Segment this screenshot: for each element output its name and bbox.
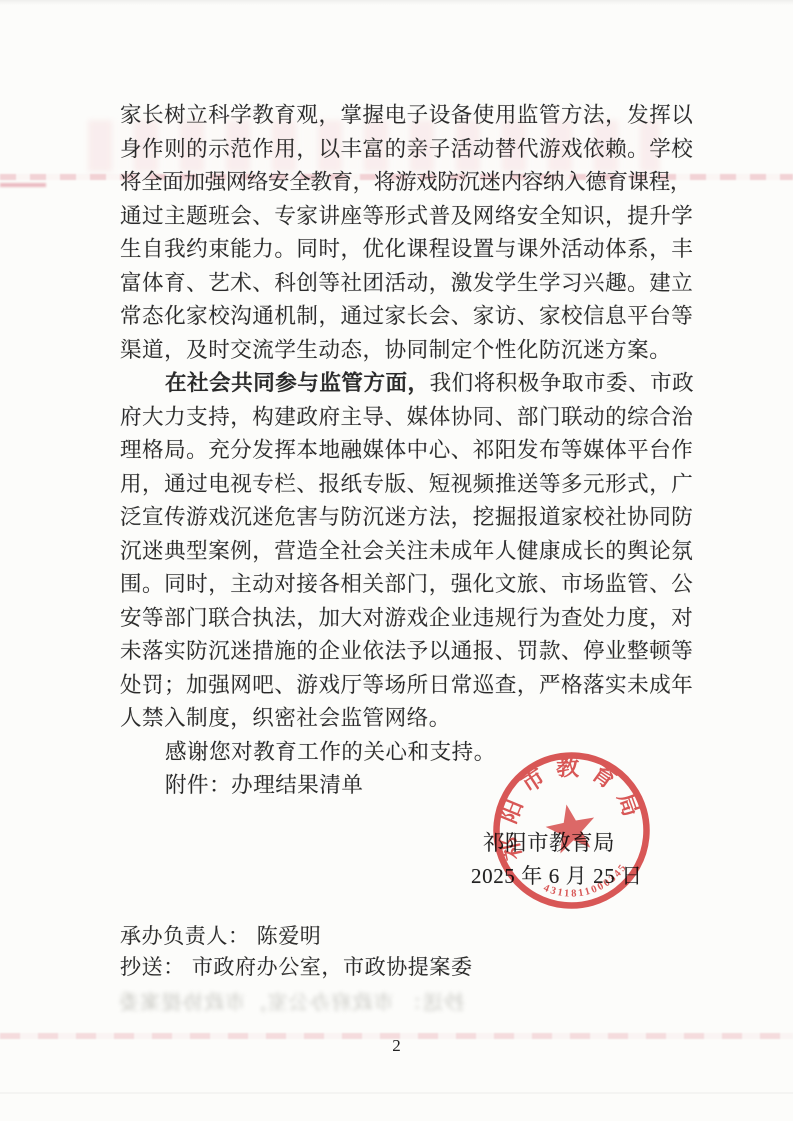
ghost-cc-value: 市政府办公室，市政协提案委 bbox=[118, 992, 394, 1014]
line-text: 处罚；加强网吧、游戏厅等场所日常巡查，严格落实未成年 bbox=[120, 673, 693, 697]
line-text: 沉迷典型案例，营造全社会关注未成年人健康成长的舆论氛 bbox=[120, 539, 693, 563]
pink-artifact-dash-left bbox=[0, 183, 46, 187]
handler-line: 承办负责人：陈爱明 bbox=[120, 921, 473, 952]
scanned-document-page: 家长树立科学教育观，掌握电子设备使用监管方法，发挥以 身作则的示范作用，以丰富的… bbox=[0, 0, 793, 1121]
line-text: 人禁入制度，织密社会监管网络。 bbox=[120, 706, 451, 730]
bold-lead-text: 在社会共同参与监管方面， bbox=[165, 371, 430, 395]
line-text: 家长树立科学教育观，掌握电子设备使用监管方法，发挥以 bbox=[120, 103, 693, 127]
line-text: 富体育、艺术、科创等社团活动，激发学生学习兴趣。建立 bbox=[120, 271, 693, 295]
scan-edge-shadow bbox=[0, 0, 793, 5]
body-text: 家长树立科学教育观，掌握电子设备使用监管方法，发挥以 身作则的示范作用，以丰富的… bbox=[120, 99, 705, 803]
line-text: 理格局。充分发挥本地融媒体中心、祁阳发布等媒体平台作 bbox=[120, 438, 693, 462]
cc-label: 抄送： bbox=[120, 955, 185, 979]
body-text-line: 通过主题班会、专家讲座等形式普及网络安全知识，提升学 bbox=[120, 200, 705, 234]
page-number: 2 bbox=[0, 1036, 793, 1056]
ghost-cc-label: 抄送： bbox=[401, 992, 465, 1014]
line-text: 附件：办理结果清单 bbox=[165, 773, 363, 797]
bleed-through-text: 抄送：市政府办公室，市政协提案委 bbox=[118, 986, 464, 1015]
body-text-line: 渠道，及时交流学生动态，协同制定个性化防沉迷方案。 bbox=[120, 334, 705, 368]
line-text: 我们将积极争取市委、市政 bbox=[430, 371, 695, 395]
body-text-line: 未落实防沉迷措施的企业依法予以通报、罚款、停业整顿等 bbox=[120, 635, 705, 669]
star-icon bbox=[542, 800, 599, 856]
body-text-line: 富体育、艺术、科创等社团活动，激发学生学习兴趣。建立 bbox=[120, 267, 705, 301]
cc-line: 抄送：市政府办公室，市政协提案委 bbox=[120, 952, 473, 983]
line-text: 未落实防沉迷措施的企业依法予以通报、罚款、停业整顿等 bbox=[120, 639, 693, 663]
body-text-line: 常态化家校沟通机制，通过家长会、家访、家校信息平台等 bbox=[120, 300, 705, 334]
line-text: 生自我约束能力。同时，优化课程设置与课外活动体系，丰 bbox=[120, 237, 693, 261]
body-text-line: 围。同时，主动对接各相关部门，强化文旅、市场监管、公 bbox=[120, 568, 705, 602]
cc-value: 市政府办公室，市政协提案委 bbox=[192, 955, 473, 979]
body-text-line: 安等部门联合执法，加大对游戏企业违规行为查处力度，对 bbox=[120, 602, 705, 636]
handler-name: 陈爱明 bbox=[257, 924, 322, 948]
body-text-line: 家长树立科学教育观，掌握电子设备使用监管方法，发挥以 bbox=[120, 99, 705, 133]
body-text-line: 在社会共同参与监管方面，我们将积极争取市委、市政 bbox=[120, 367, 705, 401]
body-text-line: 将全面加强网络安全教育，将游戏防沉迷内容纳入德育课程， bbox=[120, 166, 705, 200]
line-text: 将全面加强网络安全教育，将游戏防沉迷内容纳入德育课程， bbox=[120, 170, 691, 194]
line-text: 通过主题班会、专家讲座等形式普及网络安全知识，提升学 bbox=[120, 204, 693, 228]
body-text-line: 生自我约束能力。同时，优化课程设置与课外活动体系，丰 bbox=[120, 233, 705, 267]
body-text-line: 处罚；加强网吧、游戏厅等场所日常巡查，严格落实未成年 bbox=[120, 669, 705, 703]
line-text: 渠道，及时交流学生动态，协同制定个性化防沉迷方案。 bbox=[120, 338, 671, 362]
line-text: 感谢您对教育工作的关心和支持。 bbox=[165, 740, 496, 764]
body-text-line: 用，通过电视专栏、报纸专版、短视频推送等多元形式，广 bbox=[120, 468, 705, 502]
line-text: 身作则的示范作用，以丰富的亲子活动替代游戏依赖。学校 bbox=[120, 137, 693, 161]
handler-label: 承办负责人： bbox=[120, 924, 250, 948]
line-text: 用，通过电视专栏、报纸专版、短视频推送等多元形式，广 bbox=[120, 472, 693, 496]
body-text-line: 府大力支持，构建政府主导、媒体协同、部门联动的综合治 bbox=[120, 401, 705, 435]
line-text: 常态化家校沟通机制，通过家长会、家访、家校信息平台等 bbox=[120, 304, 693, 328]
scan-bottom-line bbox=[0, 1092, 793, 1094]
line-text: 围。同时，主动对接各相关部门，强化文旅、市场监管、公 bbox=[120, 572, 693, 596]
body-text-line: 泛宣传游戏沉迷危害与防沉迷方法，挖掘报道家校社协同防 bbox=[120, 501, 705, 535]
line-text: 安等部门联合执法，加大对游戏企业违规行为查处力度，对 bbox=[120, 606, 693, 630]
body-text-line: 理格局。充分发挥本地融媒体中心、祁阳发布等媒体平台作 bbox=[120, 434, 705, 468]
body-text-line: 沉迷典型案例，营造全社会关注未成年人健康成长的舆论氛 bbox=[120, 535, 705, 569]
line-text: 泛宣传游戏沉迷危害与防沉迷方法，挖掘报道家校社协同防 bbox=[120, 505, 693, 529]
footer-block: 承办负责人：陈爱明 抄送：市政府办公室，市政协提案委 bbox=[120, 921, 473, 983]
body-text-line: 身作则的示范作用，以丰富的亲子活动替代游戏依赖。学校 bbox=[120, 133, 705, 167]
line-text: 府大力支持，构建政府主导、媒体协同、部门联动的综合治 bbox=[120, 405, 693, 429]
